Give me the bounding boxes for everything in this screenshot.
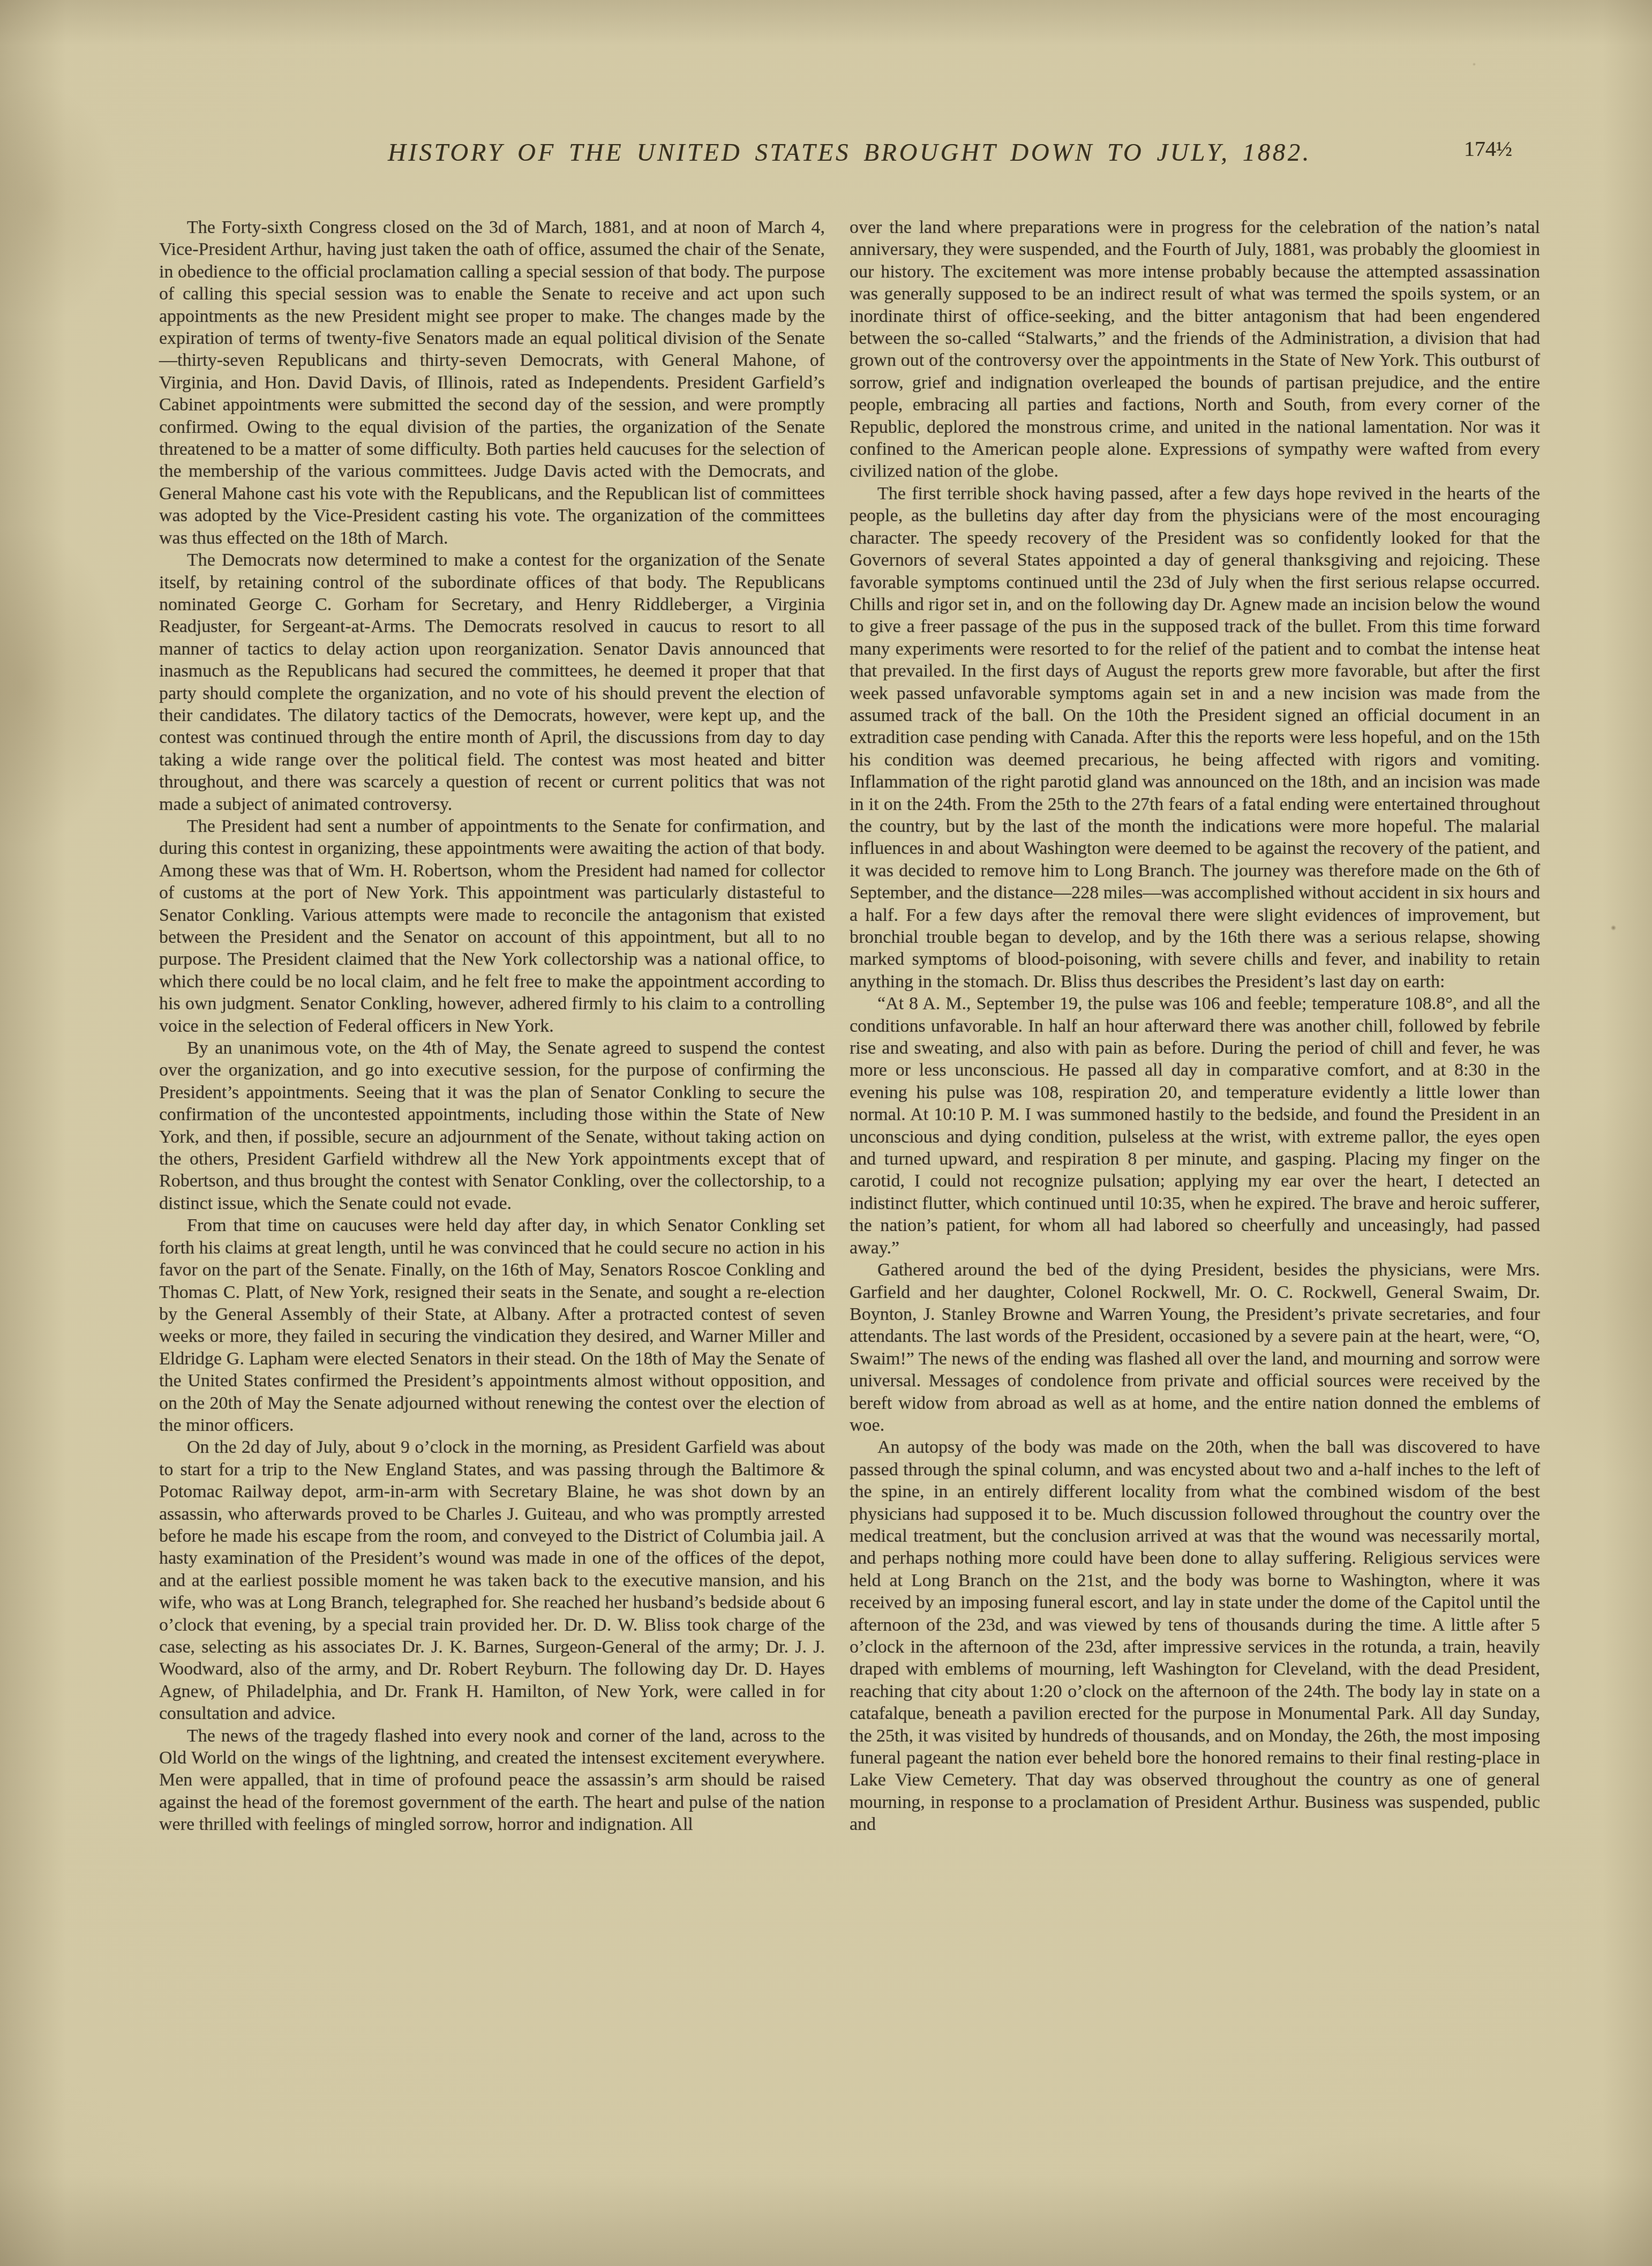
paragraph: From that time on caucuses were held day… (159, 1214, 825, 1436)
paragraph: On the 2d day of July, about 9 o’clock i… (159, 1436, 825, 1724)
paragraph: over the land where preparations were in… (850, 216, 1540, 483)
paragraph: The first terrible shock having passed, … (850, 483, 1540, 993)
paragraph: “At 8 A. M., September 19, the pulse was… (850, 993, 1540, 1259)
paragraph: The news of the tragedy flashed into eve… (159, 1725, 825, 1836)
paragraph: Gathered around the bed of the dying Pre… (850, 1259, 1540, 1436)
text-columns: The Forty-sixth Congress closed on the 3… (159, 216, 1540, 1836)
page-number: 174½ (1464, 136, 1512, 161)
column-right: over the land where preparations were in… (850, 216, 1540, 1836)
running-header: HISTORY OF THE UNITED STATES BROUGHT DOW… (159, 138, 1540, 186)
paragraph: The Democrats now determined to make a c… (159, 549, 825, 815)
paragraph: The Forty-sixth Congress closed on the 3… (159, 216, 825, 549)
paragraph: An autopsy of the body was made on the 2… (850, 1436, 1540, 1835)
paragraph: By an unanimous vote, on the 4th of May,… (159, 1037, 825, 1214)
page-title: HISTORY OF THE UNITED STATES BROUGHT DOW… (159, 138, 1540, 167)
column-left: The Forty-sixth Congress closed on the 3… (159, 216, 825, 1836)
book-page-scan: HISTORY OF THE UNITED STATES BROUGHT DOW… (0, 0, 1652, 2266)
paragraph: The President had sent a number of appoi… (159, 815, 825, 1037)
